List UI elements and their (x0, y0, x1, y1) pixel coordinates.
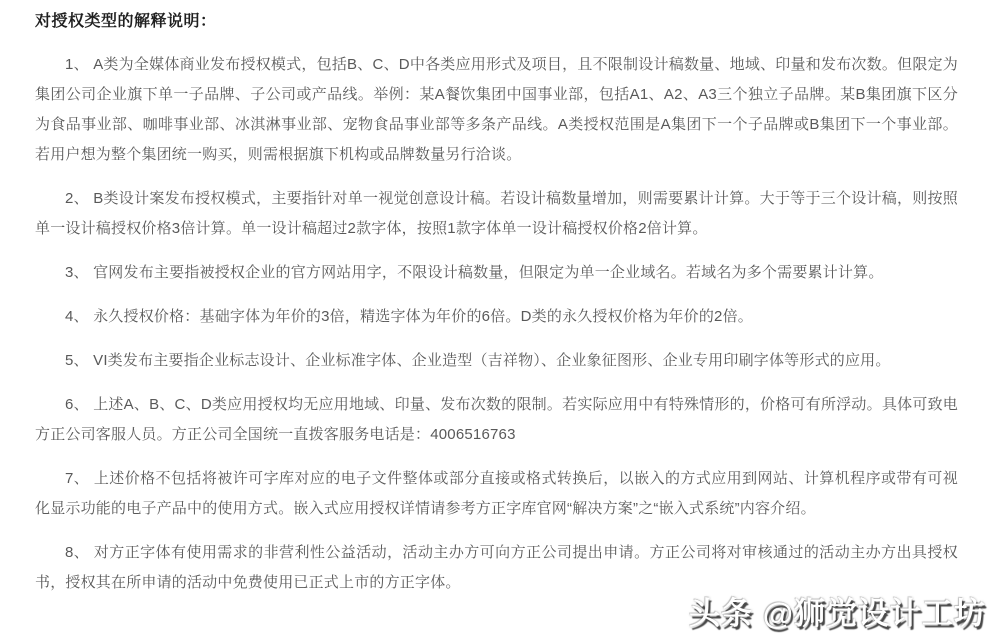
paragraph-3-official-site-license: 3、 官网发布主要指被授权企业的官方网站用字，不限设计稿数量，但限定为单一企业域… (35, 258, 958, 288)
paragraph-4-perpetual-license-price: 4、 永久授权价格：基础字体为年价的3倍，精选字体为年价的6倍。D类的永久授权价… (35, 302, 958, 332)
paragraph-6-usage-limits-and-phone: 6、 上述A、B、C、D类应用授权均无应用地域、印量、发布次数的限制。若实际应用… (35, 390, 958, 450)
document-title: 对授权类型的解释说明： (35, 11, 958, 33)
watermark-text: 头条 @狮觉设计工坊 (689, 596, 986, 631)
authorization-explanation-document: 对授权类型的解释说明： 1、 A类为全媒体商业发布授权模式，包括B、C、D中各类… (0, 0, 992, 635)
paragraph-2-class-b-license: 2、 B类设计案发布授权模式，主要指针对单一视觉创意设计稿。若设计稿数量增加，则… (35, 184, 958, 244)
paragraph-8-nonprofit-use: 8、 对方正字体有使用需求的非营利性公益活动，活动主办方可向方正公司提出申请。方… (35, 538, 958, 598)
paragraph-5-vi-class-license: 5、 VI类发布主要指企业标志设计、企业标准字体、企业造型（吉祥物）、企业象征图… (35, 346, 958, 376)
paragraph-7-embedded-use-exclusion: 7、 上述价格不包括将被许可字库对应的电子文件整体或部分直接或格式转换后，以嵌入… (35, 464, 958, 524)
paragraph-1-class-a-license: 1、 A类为全媒体商业发布授权模式，包括B、C、D中各类应用形式及项目，且不限制… (35, 50, 958, 170)
